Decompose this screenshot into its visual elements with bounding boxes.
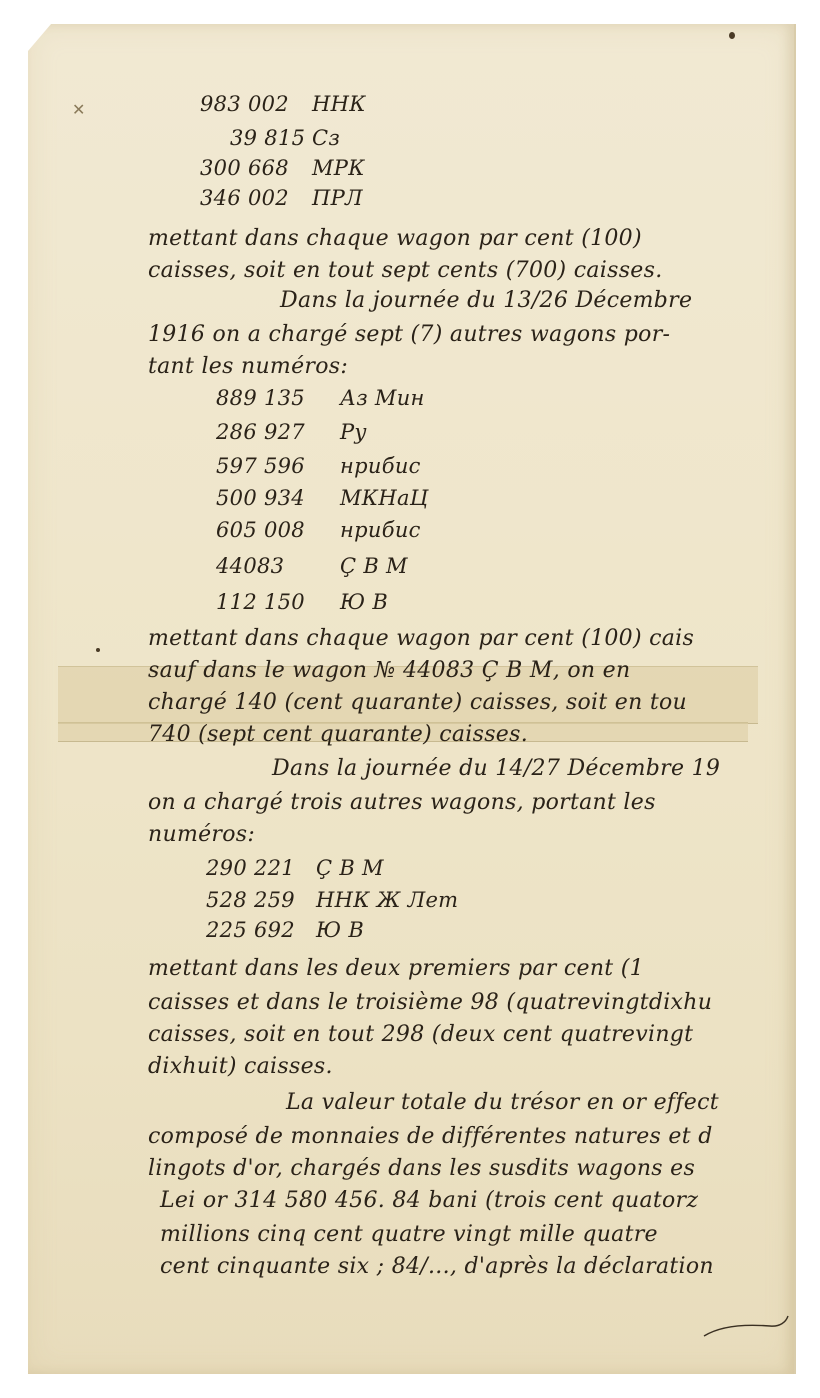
wagon-number: 39 815 [230,126,305,150]
wagon-number: 44083 [216,554,284,578]
text-line: caisses, soit en tout 298 (deux cent qua… [148,1022,693,1047]
text-line: lingots d'or, chargés dans les susdits w… [148,1156,695,1181]
signature-flourish [700,1312,790,1342]
wagon-code: Ю В [340,590,388,614]
wagon-number: 225 692 [206,918,295,942]
wagon-code: нрибис [340,518,421,542]
wagon-number: 528 259 [206,888,295,912]
wagon-number: 300 668 [200,156,289,180]
text-line: dixhuit) caisses. [148,1054,333,1079]
wagon-code: Ç В М [316,856,384,880]
wagon-number: 983 002 [200,92,289,116]
wagon-code: Ю В [316,918,364,942]
text-line: chargé 140 (cent quarante) caisses, soit… [148,690,687,715]
wagon-code: ННК Ж Лет [316,888,458,912]
wagon-number: 286 927 [216,420,305,444]
wagon-number: 605 008 [216,518,305,542]
text-line: 740 (sept cent quarante) caisses. [148,722,528,747]
text-line: tant les numéros: [148,354,348,379]
wagon-number: 112 150 [216,590,305,614]
text-line: caisses, soit en tout sept cents (700) c… [148,258,663,283]
wagon-code: Ру [340,420,367,444]
wagon-code: Сз [312,126,340,150]
text-line: Dans la journée du 14/27 Décembre 19 [272,756,720,781]
wagon-code: Ç В М [340,554,408,578]
wagon-code: ПРЛ [312,186,363,210]
wagon-number: 346 002 [200,186,289,210]
text-line: Dans la journée du 13/26 Décembre [280,288,692,313]
ink-dot [96,648,100,652]
margin-x-mark: ✕ [72,100,85,119]
text-line: numéros: [148,822,255,847]
text-line: 1916 on a chargé sept (7) autres wagons … [148,322,670,347]
wagon-code: МРК [312,156,365,180]
wagon-code: МКНаЦ [340,486,428,510]
text-line: mettant dans chaque wagon par cent (100) [148,226,642,251]
wagon-code: нрибис [340,454,421,478]
text-line: Lei or 314 580 456. 84 bani (trois cent … [160,1188,698,1213]
text-line: cent cinquante six ; 84/..., d'après la … [160,1254,714,1279]
wagon-number: 889 135 [216,386,305,410]
text-line: caisses et dans le troisième 98 (quatrev… [148,990,712,1015]
wagon-code: Аз Мин [340,386,425,410]
text-line: on a chargé trois autres wagons, portant… [148,790,656,815]
wagon-number: 500 934 [216,486,305,510]
wagon-code: ННК [312,92,366,116]
text-line: millions cinq cent quatre vingt mille qu… [160,1222,658,1247]
text-line: mettant dans chaque wagon par cent (100)… [148,626,694,651]
pin-hole [729,32,735,39]
wagon-number: 597 596 [216,454,305,478]
text-line: mettant dans les deux premiers par cent … [148,956,644,981]
text-line: sauf dans le wagon № 44083 Ç В М, on en [148,658,630,683]
wagon-number: 290 221 [206,856,295,880]
text-line: composé de monnaies de différentes natur… [148,1124,713,1149]
text-line: La valeur totale du trésor en or effect [286,1090,719,1115]
